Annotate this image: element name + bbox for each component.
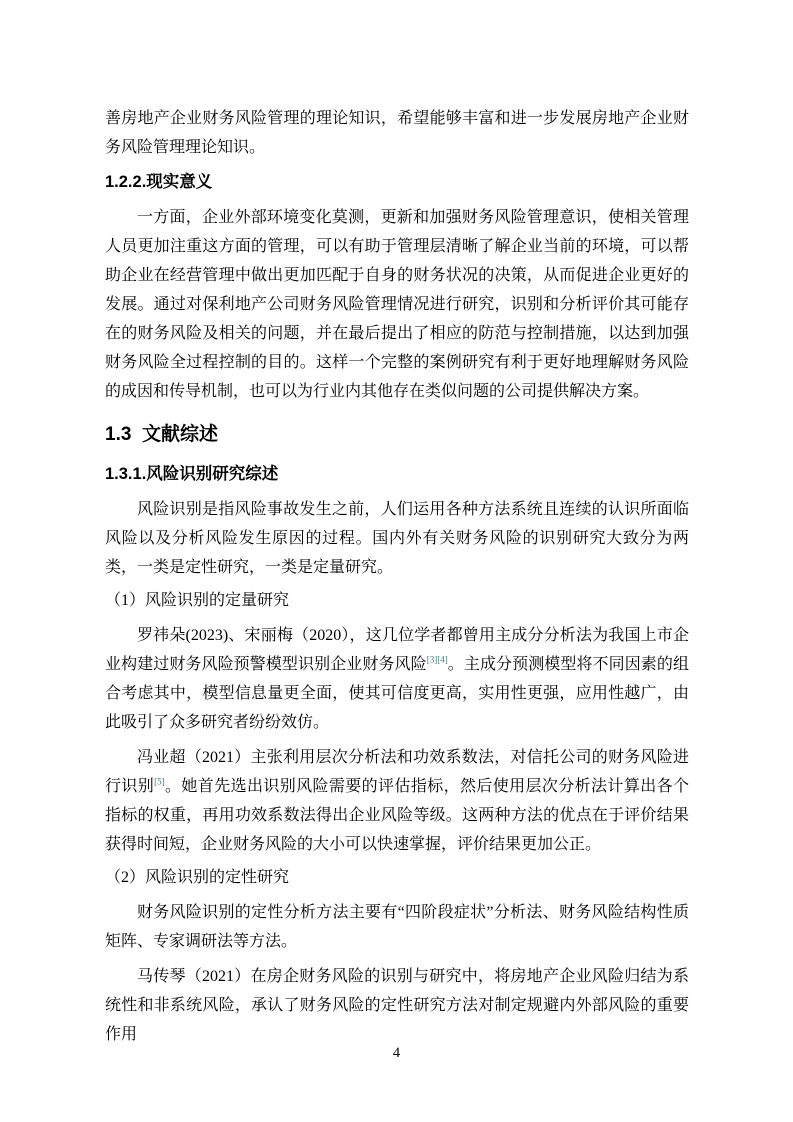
page-number: 4: [393, 1045, 400, 1061]
list-item-qualitative-research-label: （2）风险识别的定性研究: [105, 863, 689, 892]
list-item-quantitative-research-label: （1）风险识别的定量研究: [105, 586, 689, 615]
paragraph-practical-significance: 一方面，企业外部环境变化莫测，更新和加强财务风险管理意识，使相关管理人员更加注重…: [105, 203, 689, 406]
paragraph-qualitative-methods: 财务风险识别的定性分析方法主要有“四阶段症状”分析法、财务风险结构性质矩阵、专家…: [105, 898, 689, 956]
paragraph-ma-chuanqin: 马传琴（2021）在房企财务风险的识别与研究中，将房地产企业风险归结为系统性和非…: [105, 962, 689, 1049]
heading-1-3-literature-review: 1.3 文献综述: [105, 419, 689, 451]
paragraph-risk-identification-definition: 风险识别是指风险事故发生之前，人们运用各种方法系统且连续的认识所面临风险以及分析…: [105, 495, 689, 582]
paragraph-theory-continuation: 善房地产企业财务风险管理的理论知识，希望能够丰富和进一步发展房地产企业财务风险管…: [105, 104, 689, 162]
heading-1-2-2-practical-significance: 1.2.2.现实意义: [105, 168, 689, 197]
citation-reference-3-4[interactable]: [3][4]: [427, 655, 448, 665]
heading-1-3-1-risk-identification-review: 1.3.1.风险识别研究综述: [105, 460, 689, 489]
page-footer: 4: [0, 1043, 793, 1063]
page-text-area: 善房地产企业财务风险管理的理论知识，希望能够丰富和进一步发展房地产企业财务风险管…: [105, 104, 689, 1049]
document-page: 善房地产企业财务风险管理的理论知识，希望能够丰富和进一步发展房地产企业财务风险管…: [0, 0, 793, 1122]
paragraph-feng-text-after-citation: 。她首先选出识别风险需要的评估指标，然后使用层次分析法计算出各个指标的权重，再用…: [105, 778, 689, 853]
paragraph-feng-yechao: 冯业超（2021）主张利用层次分析法和功效系数法，对信托公司的财务风险进行识别[…: [105, 743, 689, 859]
citation-reference-5[interactable]: [5]: [154, 777, 165, 787]
paragraph-quantitative-research: 罗祎朵(2023)、宋丽梅（2020），这几位学者都曾用主成分分析法为我国上市企…: [105, 621, 689, 737]
